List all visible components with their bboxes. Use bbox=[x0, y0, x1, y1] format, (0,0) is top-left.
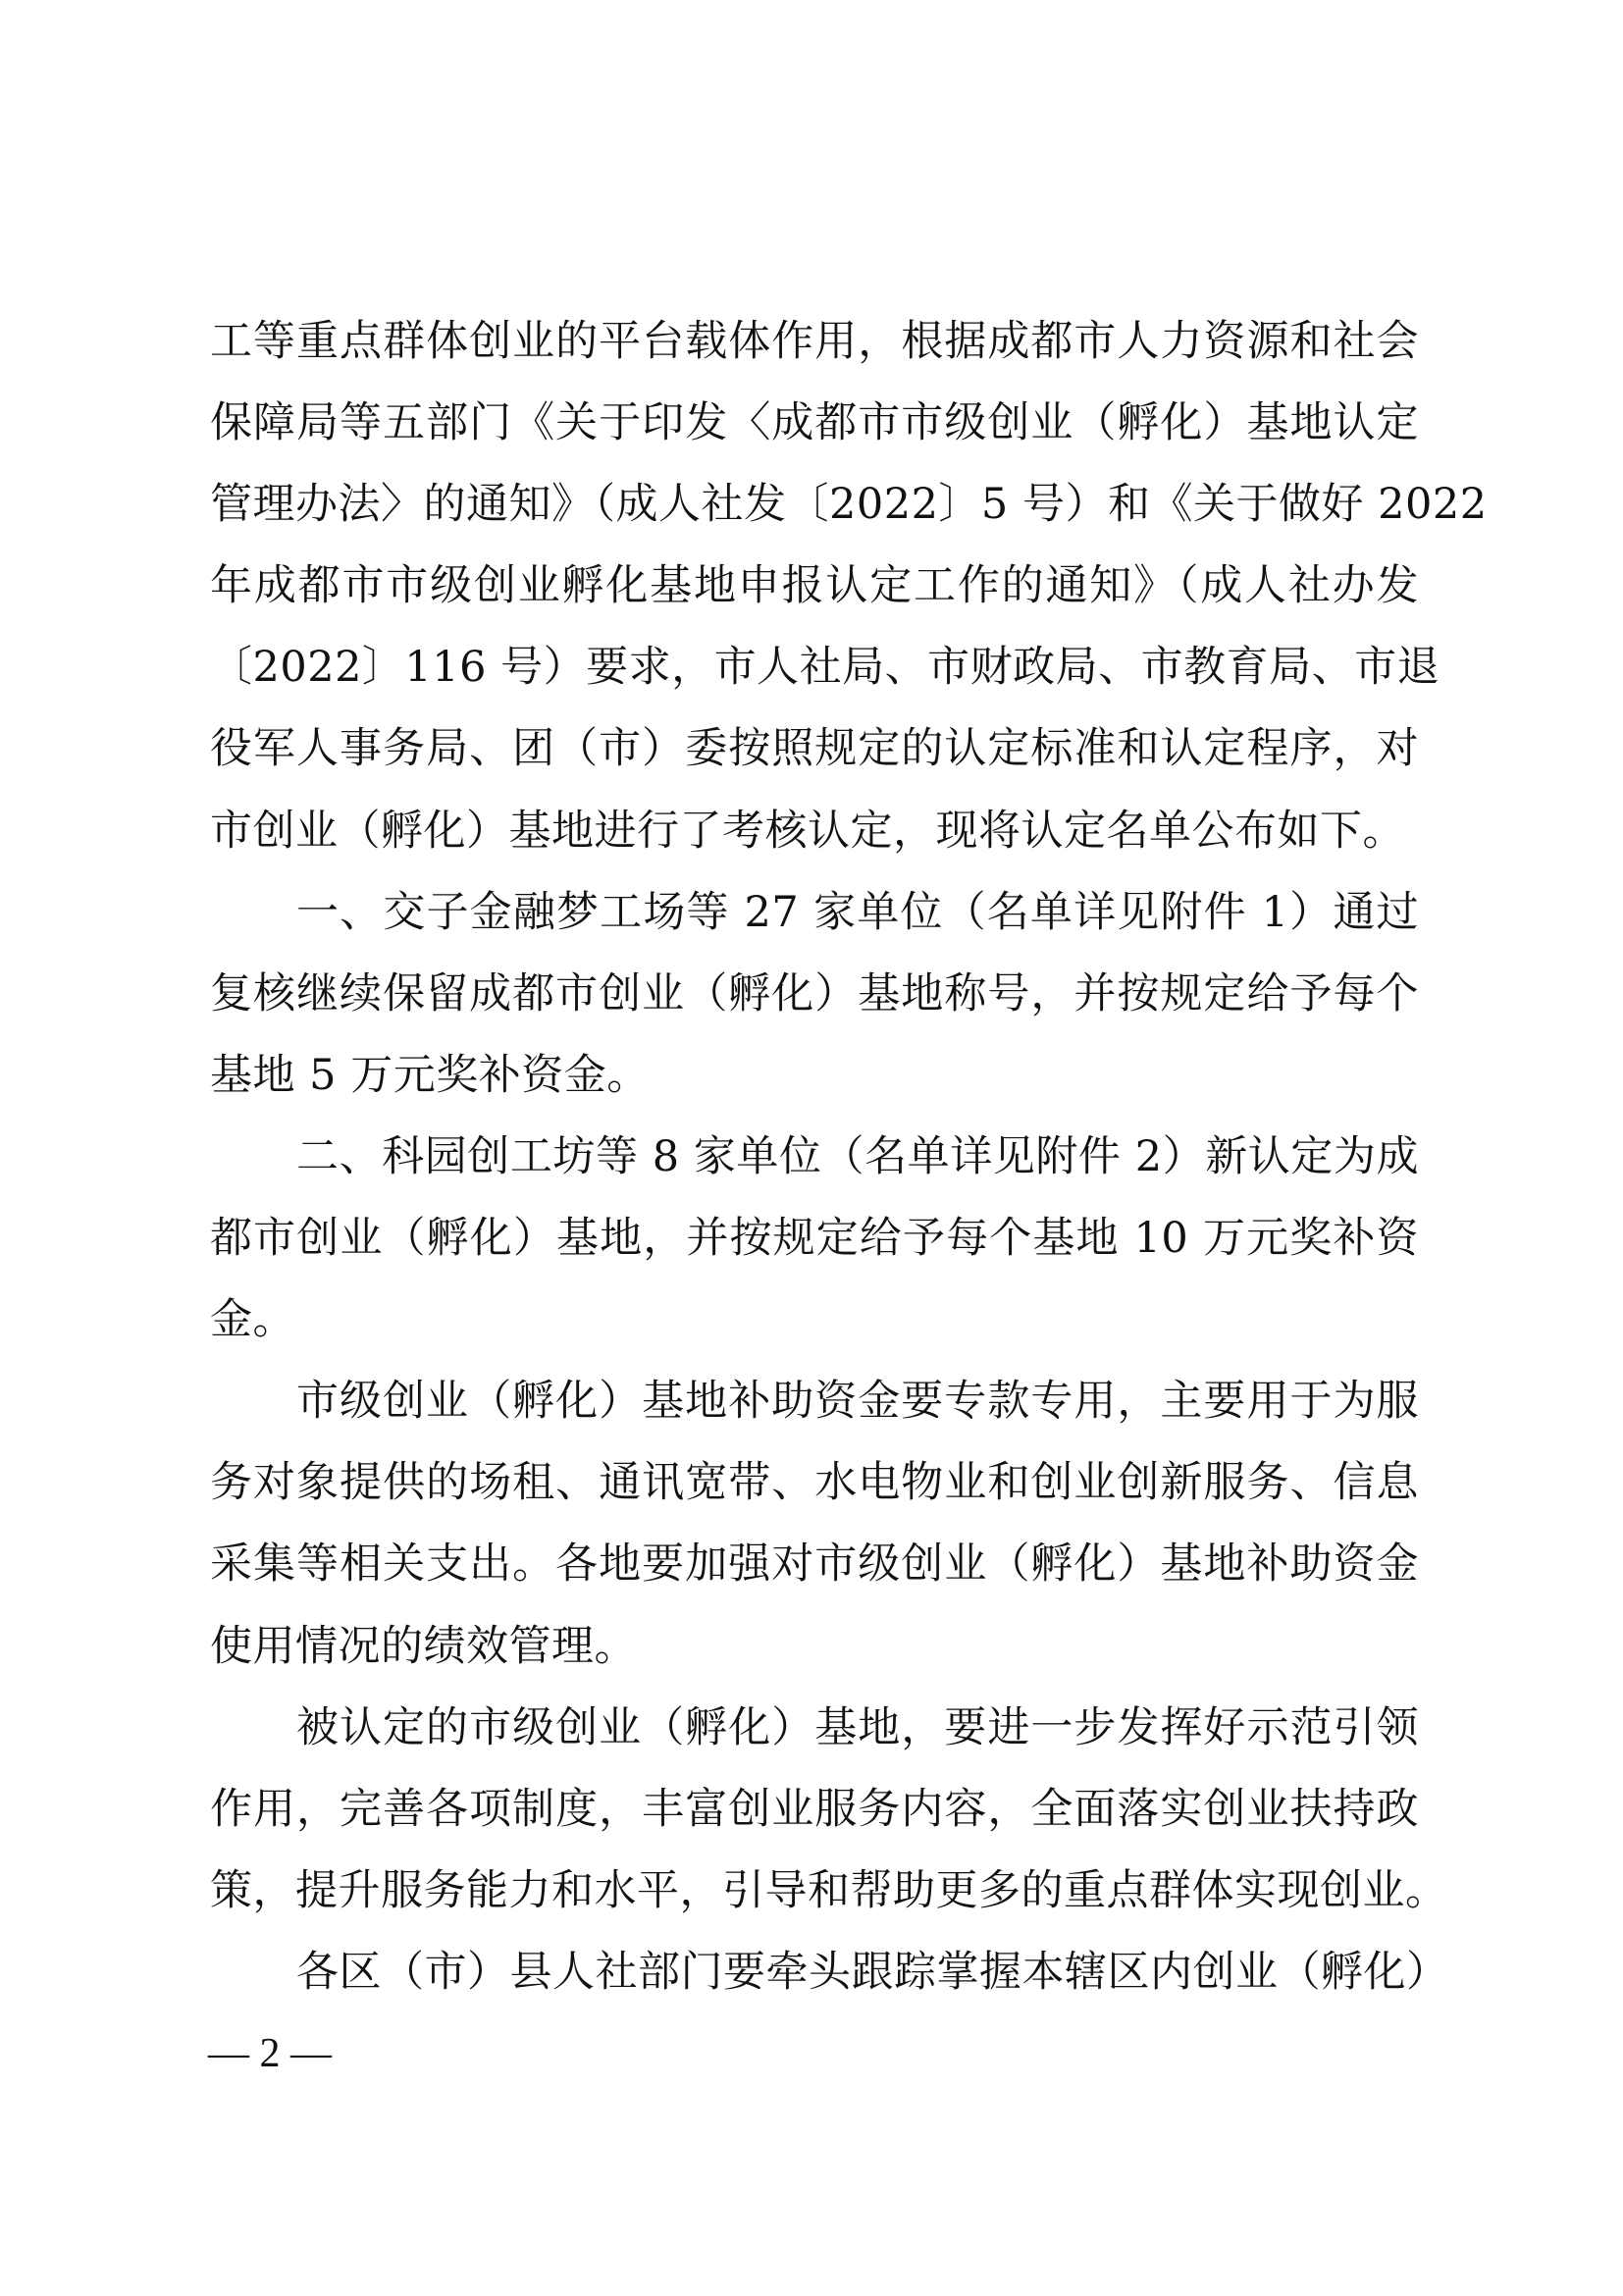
text-line: 役军人事务局、团（市）委按照规定的认定标准和认定程序，对 bbox=[210, 708, 1419, 790]
text-line: 使用情况的绩效管理。 bbox=[210, 1606, 1419, 1688]
text-line: 市级创业（孵化）基地补助资金要专款专用，主要用于为服 bbox=[210, 1361, 1419, 1442]
text-line: 工等重点群体创业的平台载体作用，根据成都市人力资源和社会 bbox=[210, 301, 1419, 383]
text-line: 二、科园创工坊等 8 家单位（名单详见附件 2）新认定为成 bbox=[210, 1117, 1419, 1198]
text-line: 被认定的市级创业（孵化）基地，要进一步发挥好示范引领 bbox=[210, 1688, 1419, 1769]
text-line: 一、交子金融梦工场等 27 家单位（名单详见附件 1）通过 bbox=[210, 872, 1419, 954]
text-line: 市创业（孵化）基地进行了考核认定，现将认定名单公布如下。 bbox=[210, 791, 1419, 872]
text-line: 保障局等五部门《关于印发〈成都市市级创业（孵化）基地认定 bbox=[210, 383, 1419, 464]
text-line: 〔2022〕116 号）要求，市人社局、市财政局、市教育局、市退 bbox=[210, 627, 1419, 708]
text-line: 都市创业（孵化）基地，并按规定给予每个基地 10 万元奖补资 bbox=[210, 1198, 1419, 1279]
text-line: 务对象提供的场租、通讯宽带、水电物业和创业创新服务、信息 bbox=[210, 1442, 1419, 1524]
document-page: 工等重点群体创业的平台载体作用，根据成都市人力资源和社会 保障局等五部门《关于印… bbox=[0, 0, 1623, 2296]
text-line: 策，提升服务能力和水平，引导和帮助更多的重点群体实现创业。 bbox=[210, 1851, 1419, 1932]
paragraph-intro: 工等重点群体创业的平台载体作用，根据成都市人力资源和社会 保障局等五部门《关于印… bbox=[210, 301, 1419, 872]
paragraph-item-two: 二、科园创工坊等 8 家单位（名单详见附件 2）新认定为成 都市创业（孵化）基地… bbox=[210, 1117, 1419, 1361]
paragraph-district-departments: 各区（市）县人社部门要牵头跟踪掌握本辖区内创业（孵化） bbox=[210, 1932, 1419, 2013]
text-line: 年成都市市级创业孵化基地申报认定工作的通知》（成人社办发 bbox=[210, 546, 1419, 627]
text-line: 复核继续保留成都市创业（孵化）基地称号，并按规定给予每个 bbox=[210, 954, 1419, 1035]
text-line: 各区（市）县人社部门要牵头跟踪掌握本辖区内创业（孵化） bbox=[210, 1932, 1419, 2013]
paragraph-demonstration: 被认定的市级创业（孵化）基地，要进一步发挥好示范引领 作用，完善各项制度，丰富创… bbox=[210, 1688, 1419, 1932]
page-number: — 2 — bbox=[208, 2029, 332, 2078]
paragraph-item-one: 一、交子金融梦工场等 27 家单位（名单详见附件 1）通过 复核继续保留成都市创… bbox=[210, 872, 1419, 1117]
paragraph-funds-usage: 市级创业（孵化）基地补助资金要专款专用，主要用于为服 务对象提供的场租、通讯宽带… bbox=[210, 1361, 1419, 1687]
text-line: 作用，完善各项制度，丰富创业服务内容，全面落实创业扶持政 bbox=[210, 1769, 1419, 1851]
text-line: 采集等相关支出。各地要加强对市级创业（孵化）基地补助资金 bbox=[210, 1524, 1419, 1605]
text-line: 管理办法〉的通知》（成人社发〔2022〕5 号）和《关于做好 2022 bbox=[210, 464, 1419, 546]
text-line: 基地 5 万元奖补资金。 bbox=[210, 1035, 1419, 1117]
text-line: 金。 bbox=[210, 1279, 1419, 1361]
document-body: 工等重点群体创业的平台载体作用，根据成都市人力资源和社会 保障局等五部门《关于印… bbox=[210, 301, 1419, 2013]
